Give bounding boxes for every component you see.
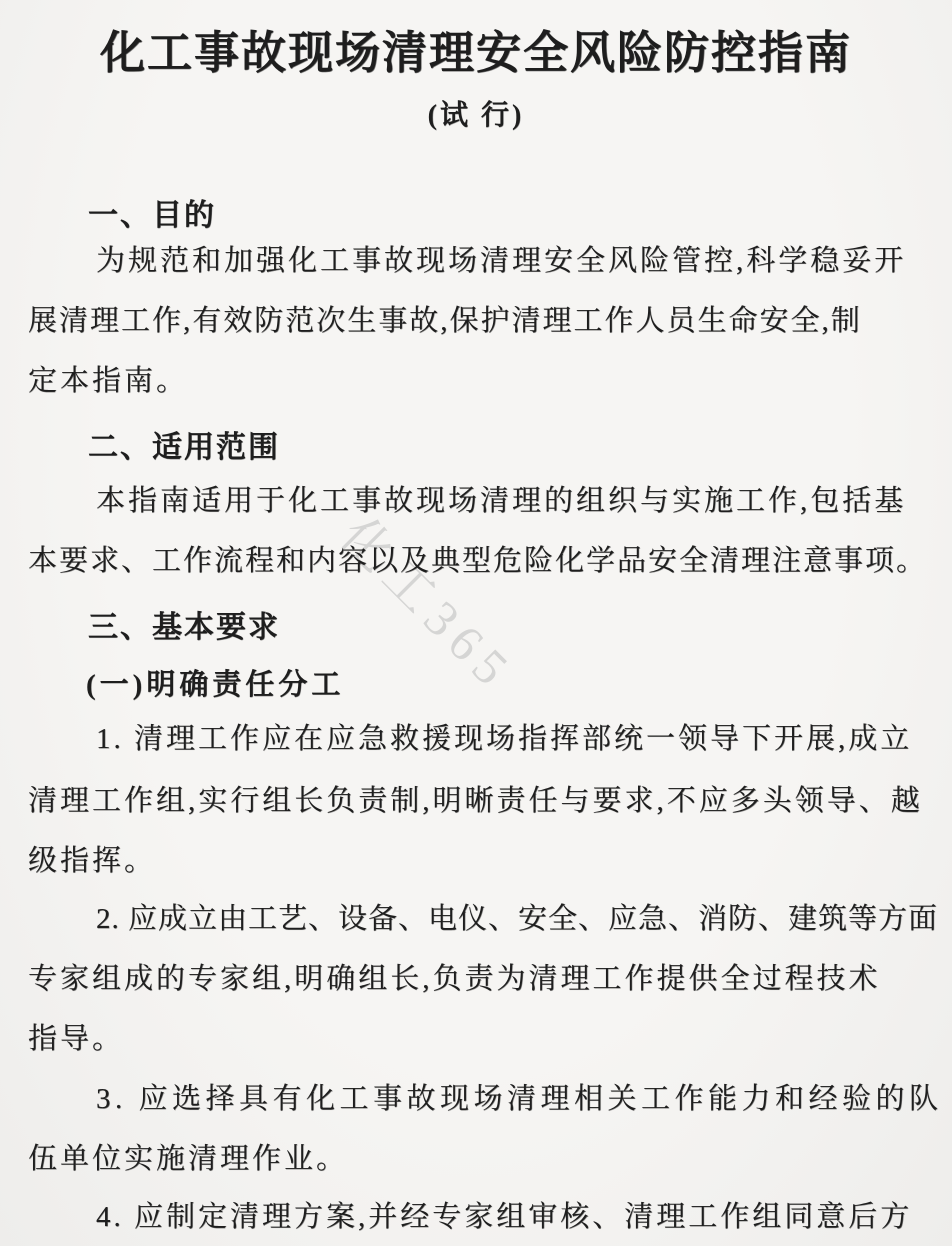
list-item-line: 4. 应制定清理方案,并经专家组审核、清理工作组同意后方 <box>96 1200 912 1235</box>
sub-heading-responsibility-division: (一)明确责任分工 <box>86 662 344 703</box>
document-page: 化工365 化工事故现场清理安全风险防控指南 (试 行) 一、目的 为规范和加强… <box>0 0 952 1246</box>
list-item-line: 清理工作组,实行组长负责制,明晰责任与要求,不应多头领导、越 <box>28 784 923 819</box>
doc-subtitle: (试 行) <box>0 93 952 133</box>
doc-title: 化工事故现场清理安全风险防控指南 <box>0 16 952 81</box>
paragraph-line: 本要求、工作流程和内容以及典型危险化学品安全清理注意事项。 <box>28 544 927 579</box>
list-item-line: 伍单位实施清理作业。 <box>28 1142 348 1177</box>
list-item-line: 2. 应成立由工艺、设备、电仪、安全、应急、消防、建筑等方面 <box>96 902 938 937</box>
section-heading-purpose: 一、目的 <box>88 190 216 234</box>
list-item-line: 1. 清理工作应在应急救援现场指挥部统一领导下开展,成立 <box>96 722 912 757</box>
list-item-line: 级指挥。 <box>28 844 156 879</box>
paragraph-line: 本指南适用于化工事故现场清理的组织与实施工作,包括基 <box>96 484 906 519</box>
list-item-line: 指导。 <box>28 1022 124 1057</box>
paragraph-line: 为规范和加强化工事故现场清理安全风险管控,科学稳妥开 <box>96 244 906 279</box>
list-item-line: 专家组成的专家组,明确组长,负责为清理工作提供全过程技术 <box>28 962 881 997</box>
paragraph-line: 展清理工作,有效防范次生事故,保护清理工作人员生命安全,制 <box>28 304 862 339</box>
section-heading-basic-requirements: 三、基本要求 <box>88 602 280 646</box>
watermark: 化工365 <box>327 498 533 704</box>
section-heading-scope: 二、适用范围 <box>88 422 280 466</box>
paragraph-line: 定本指南。 <box>28 364 188 399</box>
list-item-line: 3. 应选择具有化工事故现场清理相关工作能力和经验的队 <box>96 1082 943 1117</box>
